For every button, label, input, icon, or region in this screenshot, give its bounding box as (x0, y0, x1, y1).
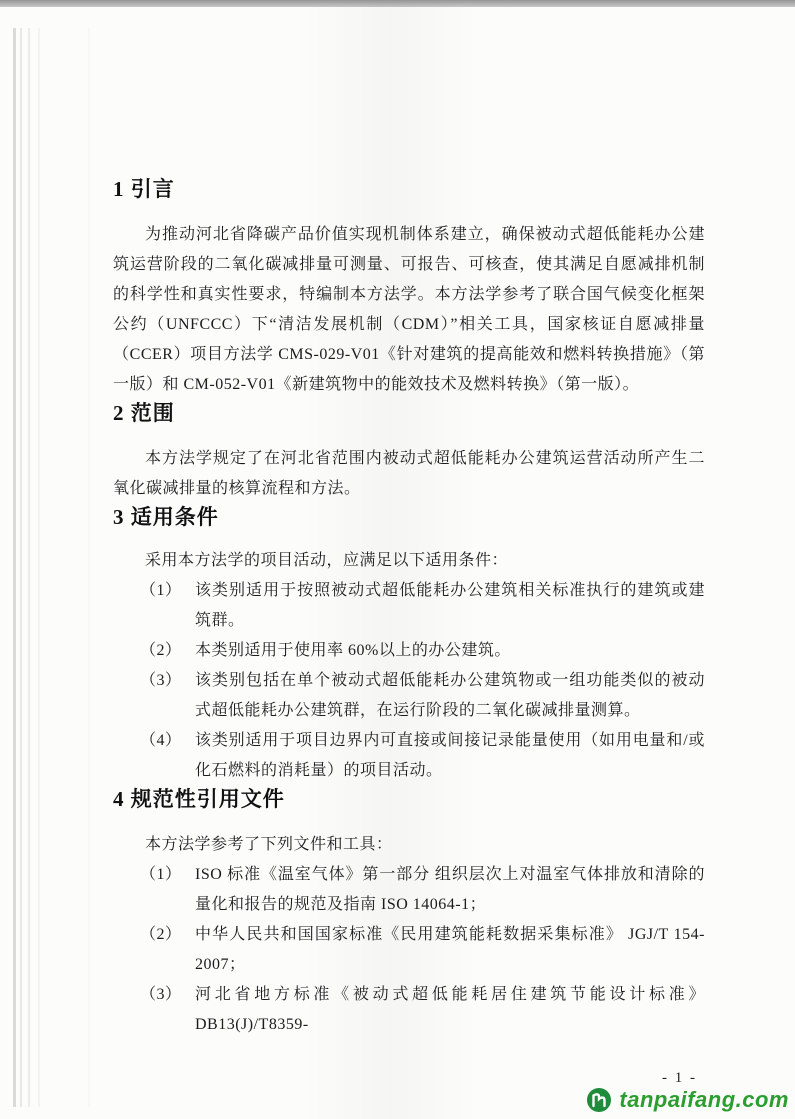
list-item-marker: （3） (140, 980, 182, 1010)
section-heading-introduction: 1 引言 (113, 176, 705, 202)
section-heading-normative-references: 4 规范性引用文件 (113, 786, 705, 812)
watermark-logo[interactable]: tanpaifang.com (586, 1087, 789, 1113)
list-item-text: 中华人民共和国国家标准《民用建筑能耗数据采集标准》 JGJ/T 154-2007… (195, 926, 705, 973)
document-content: 1 引言 为推动河北省降碳产品价值实现机制体系建立，确保被动式超低能耗办公建筑运… (0, 0, 795, 1087)
list-item-text: 河北省地方标准《被动式超低能耗居住建筑节能设计标准》 DB13(J)/T8359… (195, 986, 705, 1033)
applicability-list: （1） 该类别适用于按照被动式超低能耗办公建筑相关标准执行的建筑或建筑群。 （2… (113, 576, 705, 786)
list-item: （1） 该类别适用于按照被动式超低能耗办公建筑相关标准执行的建筑或建筑群。 (113, 576, 705, 636)
list-item: （4） 该类别适用于项目边界内可直接或间接记录能量使用（如用电量和/或化石燃料的… (113, 726, 705, 786)
list-item-text: 该类别包括在单个被动式超低能耗办公建筑物或一组功能类似的被动式超低能耗办公建筑群… (195, 672, 705, 719)
page-number: - 1 - (113, 1070, 705, 1087)
list-item-text: 该类别适用于按照被动式超低能耗办公建筑相关标准执行的建筑或建筑群。 (195, 582, 705, 629)
references-intro: 本方法学参考了下列文件和工具： (113, 830, 705, 860)
list-item-marker: （2） (140, 636, 182, 666)
list-item-text: 该类别适用于项目边界内可直接或间接记录能量使用（如用电量和/或化石燃料的消耗量）… (195, 732, 705, 779)
section-heading-applicability: 3 适用条件 (113, 504, 705, 530)
list-item: （2） 本类别适用于使用率 60%以上的办公建筑。 (113, 636, 705, 666)
scope-paragraph: 本方法学规定了在河北省范围内被动式超低能耗办公建筑运营活动所产生二氧化碳减排量的… (113, 444, 705, 504)
list-item-marker: （2） (140, 920, 182, 950)
list-item-marker: （4） (140, 726, 182, 756)
section-heading-scope: 2 范围 (113, 400, 705, 426)
list-item-text: ISO 标准《温室气体》第一部分 组织层次上对温室气体排放和清除的量化和报告的规… (195, 866, 705, 913)
document-page: 1 引言 为推动河北省降碳产品价值实现机制体系建立，确保被动式超低能耗办公建筑运… (0, 0, 795, 1119)
list-item: （3） 河北省地方标准《被动式超低能耗居住建筑节能设计标准》 DB13(J)/T… (113, 980, 705, 1040)
list-item: （3） 该类别包括在单个被动式超低能耗办公建筑物或一组功能类似的被动式超低能耗办… (113, 666, 705, 726)
list-item-marker: （1） (140, 576, 182, 606)
list-item: （2） 中华人民共和国国家标准《民用建筑能耗数据采集标准》 JGJ/T 154-… (113, 920, 705, 980)
list-item-marker: （3） (140, 666, 182, 696)
watermark-text: tanpaifang.com (619, 1087, 789, 1113)
list-item-marker: （1） (140, 860, 182, 890)
tanpaifang-leaf-circle-icon (586, 1087, 612, 1113)
references-list: （1） ISO 标准《温室气体》第一部分 组织层次上对温室气体排放和清除的量化和… (113, 860, 705, 1040)
introduction-paragraph: 为推动河北省降碳产品价值实现机制体系建立，确保被动式超低能耗办公建筑运营阶段的二… (113, 220, 705, 400)
list-item-text: 本类别适用于使用率 60%以上的办公建筑。 (195, 642, 511, 659)
applicability-intro: 采用本方法学的项目活动，应满足以下适用条件： (113, 546, 705, 576)
list-item: （1） ISO 标准《温室气体》第一部分 组织层次上对温室气体排放和清除的量化和… (113, 860, 705, 920)
